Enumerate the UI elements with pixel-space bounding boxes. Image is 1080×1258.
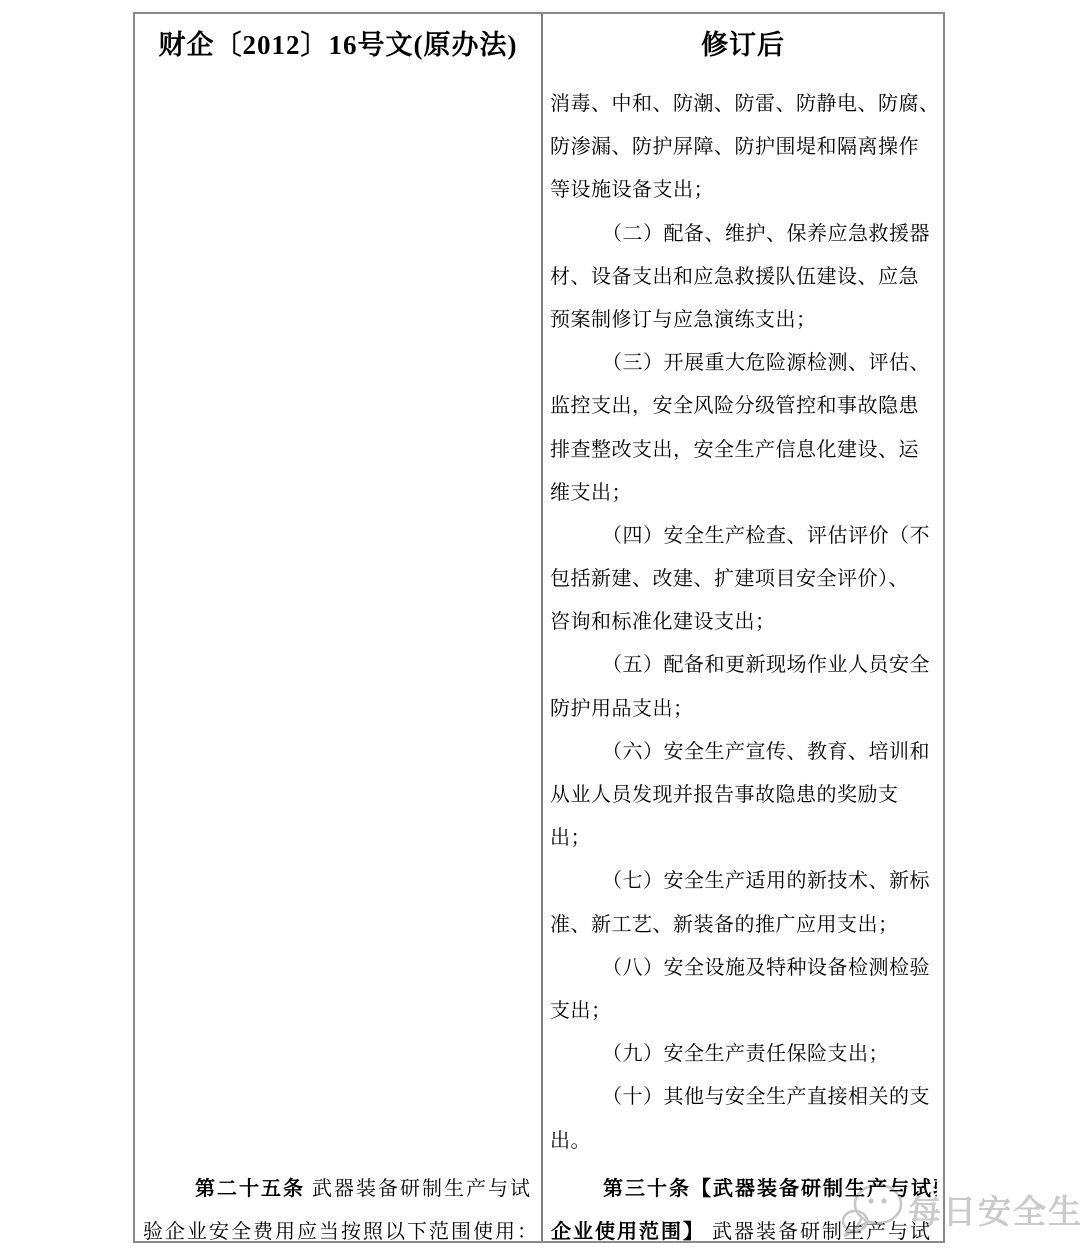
revised-body-cell: 消毒、中和、防潮、防雷、防静电、防腐、防渗漏、防护屏障、防护围堤和隔离操作等设施… [543, 71, 943, 1162]
text-line: （八）安全设施及特种设备检测检验 [550, 947, 937, 990]
text-line: （九）安全生产责任保险支出； [550, 1033, 937, 1076]
text-line: 准、新工艺、新装备的推广应用支出； [550, 904, 937, 947]
text-line: （七）安全生产适用的新技术、新标 [550, 860, 937, 903]
text-line: 材、设备支出和应急救援队伍建设、应急 [550, 256, 937, 299]
header-original-label: 财企〔2012〕16号文(原办法) [159, 23, 518, 62]
text-line: 验企业安全费用应当按照以下范围使用： [143, 1211, 535, 1241]
text-line: （五）配备和更新现场作业人员安全 [550, 644, 937, 687]
header-cell-original: 财企〔2012〕16号文(原办法) [135, 14, 543, 71]
text-line: 防护用品支出； [550, 688, 937, 731]
text-line: 包括新建、改建、扩建项目安全评价）、 [550, 558, 937, 601]
text-line: （二）配备、维护、保养应急救援器 [550, 213, 937, 256]
text-line: 排查整改支出，安全生产信息化建设、运 [550, 429, 937, 472]
text-line: 出； [550, 817, 937, 860]
text-line: （六）安全生产宣传、教育、培训和 [550, 731, 937, 774]
original-article-lines: 第二十五条 武器装备研制生产与试验企业安全费用应当按照以下范围使用： [143, 1168, 535, 1241]
text-line: 等设施设备支出； [550, 169, 937, 212]
original-article-cell: 第二十五条 武器装备研制生产与试验企业安全费用应当按照以下范围使用： [135, 1162, 543, 1241]
text-line: 监控支出，安全风险分级管控和事故隐患 [550, 385, 937, 428]
revised-article-cell: 第三十条【武器装备研制生产与试验企业使用范围】 武器装备研制生产与试 [543, 1162, 943, 1241]
text-line: 消毒、中和、防潮、防雷、防静电、防腐、 [550, 83, 937, 126]
document-page: 每日安全生产 财企〔2012〕16号文(原办法) 修订后 消毒、中和、防潮、防雷… [0, 0, 1080, 1258]
header-cell-revised: 修订后 [543, 14, 943, 71]
text-line: 企业使用范围】 武器装备研制生产与试 [551, 1211, 937, 1241]
text-line: 第三十条【武器装备研制生产与试验 [551, 1168, 937, 1211]
text-line: 维支出； [550, 472, 937, 515]
comparison-table: 财企〔2012〕16号文(原办法) 修订后 消毒、中和、防潮、防雷、防静电、防腐… [133, 12, 945, 1243]
revised-cell-lines: 消毒、中和、防潮、防雷、防静电、防腐、防渗漏、防护屏障、防护围堤和隔离操作等设施… [550, 83, 937, 1162]
text-line: （三）开展重大危险源检测、评估、 [550, 342, 937, 385]
original-empty-cell [135, 71, 543, 1162]
text-line: 出。 [550, 1120, 937, 1163]
text-line: 第二十五条 武器装备研制生产与试 [143, 1168, 535, 1211]
text-line: （十）其他与安全生产直接相关的支 [550, 1076, 937, 1119]
text-line: 支出； [550, 990, 937, 1033]
text-line: 预案制修订与应急演练支出； [550, 299, 937, 342]
text-line: 从业人员发现并报告事故隐患的奖励支 [550, 774, 937, 817]
text-line: 咨询和标准化建设支出； [550, 601, 937, 644]
text-line: （四）安全生产检查、评估评价（不 [550, 515, 937, 558]
header-revised-label: 修订后 [701, 23, 785, 62]
text-line: 防渗漏、防护屏障、防护围堤和隔离操作 [550, 126, 937, 169]
revised-article-lines: 第三十条【武器装备研制生产与试验企业使用范围】 武器装备研制生产与试 [551, 1168, 937, 1241]
